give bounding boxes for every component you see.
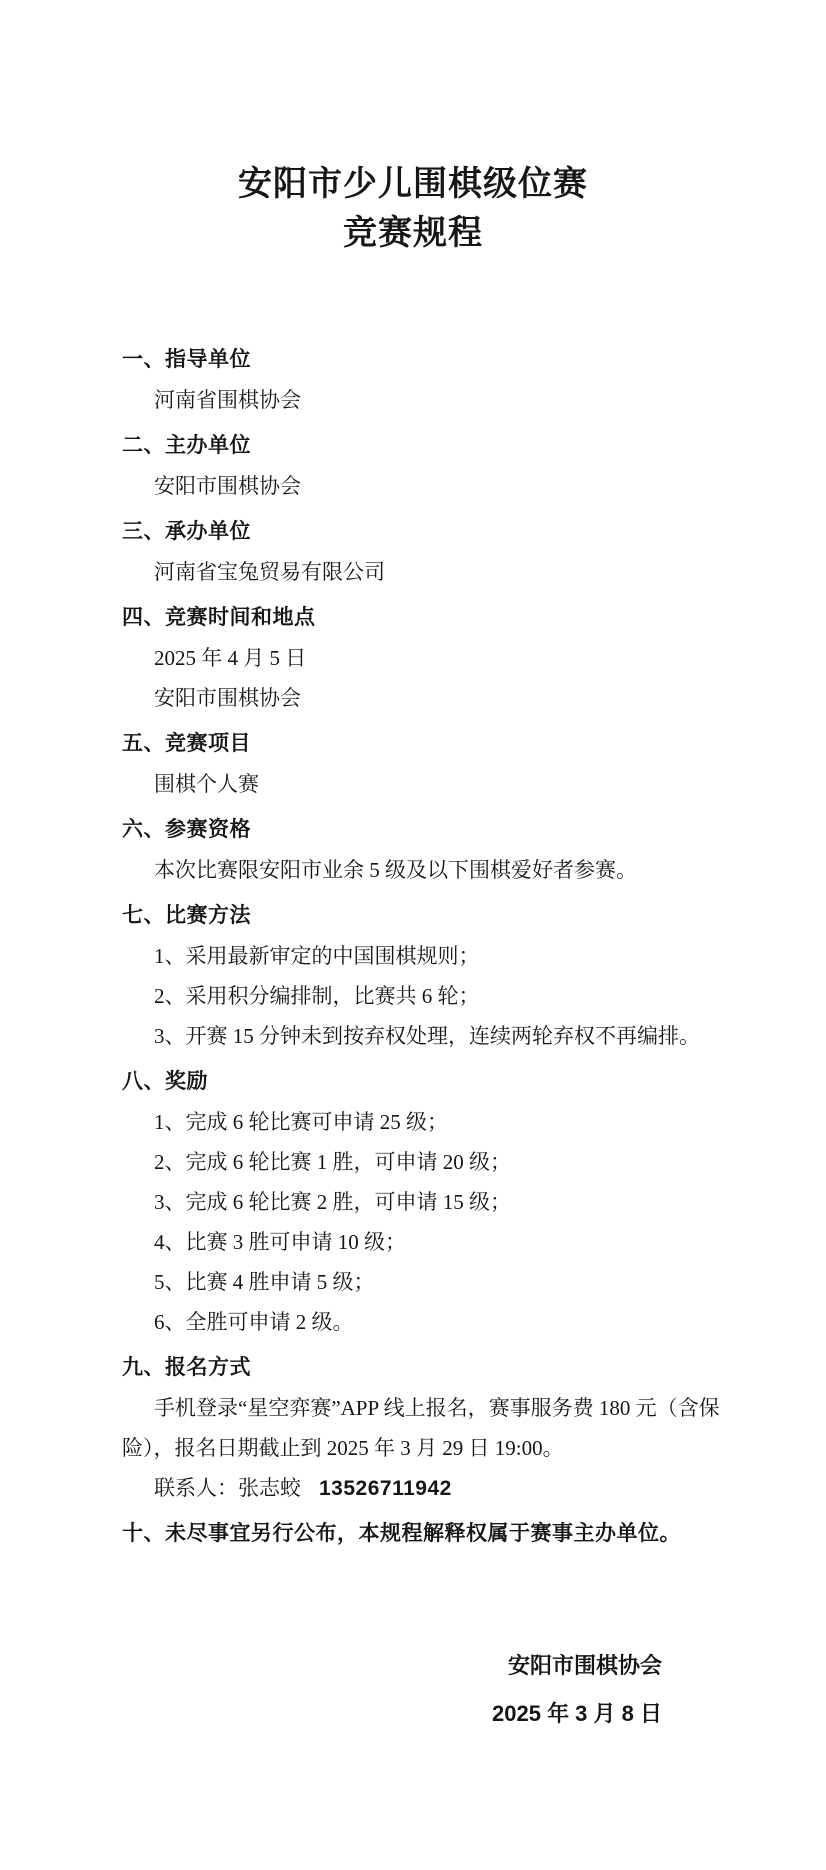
section-heading-6: 六、参赛资格 <box>122 810 730 850</box>
section-8-item-5: 5、比赛 4 胜申请 5 级； <box>122 1262 730 1302</box>
section-6-line: 本次比赛限安阳市业余 5 级及以下围棋爱好者参赛。 <box>122 850 730 890</box>
section-8-item-3: 3、完成 6 轮比赛 2 胜，可申请 15 级； <box>122 1182 730 1222</box>
section-heading-10: 十、未尽事宜另行公布，本规程解释权属于赛事主办单位。 <box>122 1514 730 1554</box>
section-5-line: 围棋个人赛 <box>122 764 730 804</box>
section-4-date-line: 2025 年 4 月 5 日 <box>122 638 730 678</box>
section-heading-4: 四、竞赛时间和地点 <box>122 598 730 638</box>
section-7-item-3: 3、开赛 15 分钟未到按弃权处理，连续两轮弃权不再编排。 <box>122 1016 730 1056</box>
document-title-line2: 竞赛规程 <box>0 209 826 258</box>
section-8-item-1: 1、完成 6 轮比赛可申请 25 级； <box>122 1102 730 1142</box>
section-heading-7: 七、比赛方法 <box>122 896 730 936</box>
section-3-line: 河南省宝兔贸易有限公司 <box>122 552 730 592</box>
registration-paragraph-line2: 险），报名日期截止到 2025 年 3 月 29 日 19:00。 <box>122 1428 730 1468</box>
section-7-item-1: 1、采用最新审定的中国围棋规则； <box>122 936 730 976</box>
section-heading-1: 一、指导单位 <box>122 340 730 380</box>
signature-block: 安阳市围棋协会 2025 年 3 月 8 日 <box>0 1642 826 1738</box>
registration-paragraph-line1: 手机登录“星空弈赛”APP 线上报名，赛事服务费 180 元（含保 <box>122 1388 730 1428</box>
section-heading-8: 八、奖励 <box>122 1062 730 1102</box>
document-body: 一、指导单位 河南省围棋协会 二、主办单位 安阳市围棋协会 三、承办单位 河南省… <box>0 340 826 1554</box>
section-8-item-2: 2、完成 6 轮比赛 1 胜，可申请 20 级； <box>122 1142 730 1182</box>
document-title-line1: 安阳市少儿围棋级位赛 <box>0 160 826 209</box>
section-heading-9: 九、报名方式 <box>122 1348 730 1388</box>
contact-phone-number: 13526711942 <box>319 1477 452 1500</box>
section-2-line: 安阳市围棋协会 <box>122 466 730 506</box>
document-page: 安阳市少儿围棋级位赛 竞赛规程 一、指导单位 河南省围棋协会 二、主办单位 安阳… <box>0 0 826 1870</box>
signature-organization: 安阳市围棋协会 <box>0 1642 662 1690</box>
contact-label: 联系人：张志蛟 <box>154 1476 301 1500</box>
section-8-item-4: 4、比赛 3 胜可申请 10 级； <box>122 1222 730 1262</box>
section-heading-3: 三、承办单位 <box>122 512 730 552</box>
section-8-item-6: 6、全胜可申请 2 级。 <box>122 1302 730 1342</box>
contact-line: 联系人：张志蛟13526711942 <box>122 1468 730 1508</box>
document-title: 安阳市少儿围棋级位赛 竞赛规程 <box>0 0 826 258</box>
section-7-item-2: 2、采用积分编排制，比赛共 6 轮； <box>122 976 730 1016</box>
section-heading-2: 二、主办单位 <box>122 426 730 466</box>
section-heading-5: 五、竞赛项目 <box>122 724 730 764</box>
section-1-line: 河南省围棋协会 <box>122 380 730 420</box>
section-4-venue-line: 安阳市围棋协会 <box>122 678 730 718</box>
signature-date: 2025 年 3 月 8 日 <box>0 1690 662 1738</box>
